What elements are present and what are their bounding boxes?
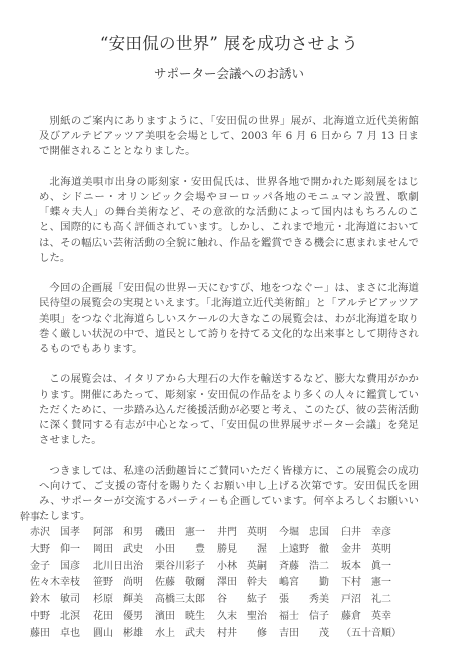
member-name: 藤田 卓也 bbox=[30, 627, 93, 642]
paragraph-artist-background: 北海道美唄市出身の彫刻家・安田侃氏は、世界各地で開かれた彫刻展をはじめ、シドニー… bbox=[39, 175, 419, 266]
member-name: 岡田 武史 bbox=[93, 543, 155, 558]
member-name: 栗谷川彩子 bbox=[155, 560, 217, 575]
member-name: 坂本 眞一 bbox=[341, 560, 403, 575]
member-name: 花田 優男 bbox=[93, 610, 155, 625]
member-name: 谷 紘子 bbox=[217, 593, 279, 608]
organizers-label: 幹事： bbox=[20, 508, 450, 523]
member-name: 佐々木幸枝 bbox=[30, 576, 93, 591]
member-name: 大野 仰一 bbox=[30, 543, 93, 558]
member-name: 濱田 暁生 bbox=[155, 610, 217, 625]
member-name: 藤倉 英幸 bbox=[341, 610, 403, 625]
member-name: 金井 英明 bbox=[341, 543, 403, 558]
member-name: 斉藤 浩二 bbox=[279, 560, 341, 575]
member-name: 赤沢 国孝 bbox=[30, 526, 93, 541]
member-name: 吉田 茂 bbox=[279, 627, 341, 642]
member-name: 下村 憲一 bbox=[341, 576, 403, 591]
member-name: 小林 英嗣 bbox=[217, 560, 279, 575]
organizers-section: 幹事： 赤沢 国孝 阿部 和男 磯田 憲一 井門 英明 今堀 忠国 臼井 幸彦 … bbox=[20, 508, 450, 641]
member-name: 今堀 忠国 bbox=[279, 526, 341, 541]
member-name: 澤田 幹夫 bbox=[217, 576, 279, 591]
member-name: 阿部 和男 bbox=[93, 526, 155, 541]
member-name: 高橋三太郎 bbox=[155, 593, 217, 608]
paragraph-supporter-council: この展覧会は、イタリアから大理石の大作を輸送するなど、膨大な費用がかかります。開… bbox=[39, 372, 419, 448]
member-name: 笹野 尚明 bbox=[93, 576, 155, 591]
paragraph-exhibition-announcement: 別紙のご案内にありますように、「安田侃の世界」展が、北海道立近代美術館及びアルテ… bbox=[39, 114, 419, 160]
member-name: 磯田 憲一 bbox=[155, 526, 217, 541]
member-name: 北川日出治 bbox=[93, 560, 155, 575]
document-body: 別紙のご案内にありますように、「安田侃の世界」展が、北海道立近代美術館及びアルテ… bbox=[39, 114, 419, 540]
member-name: 金子 国彦 bbox=[30, 560, 93, 575]
member-name: 嶋宮 勤 bbox=[279, 576, 341, 591]
member-name: 鈴木 敏司 bbox=[30, 593, 93, 608]
member-name: 久末 聖治 bbox=[217, 610, 279, 625]
member-name: 上遠野 徹 bbox=[279, 543, 341, 558]
member-name: 勝見 渥 bbox=[217, 543, 279, 558]
organizers-grid: 赤沢 国孝 阿部 和男 磯田 憲一 井門 英明 今堀 忠国 臼井 幸彦 大野 仰… bbox=[30, 526, 450, 641]
member-name: 佐藤 敬爾 bbox=[155, 576, 217, 591]
member-name: 杉原 輝美 bbox=[93, 593, 155, 608]
document-title: “安田侃の世界” 展を成功させよう bbox=[0, 30, 458, 54]
member-name: 小田 豊 bbox=[155, 543, 217, 558]
member-name: 臼井 幸彦 bbox=[341, 526, 403, 541]
member-name: 水上 武夫 bbox=[155, 627, 217, 642]
order-note: （五十音順） bbox=[341, 627, 403, 642]
document-subtitle: サポーター会議へのお誘い bbox=[0, 64, 458, 82]
member-name: 圓山 彬雄 bbox=[93, 627, 155, 642]
member-name: 村井 修 bbox=[217, 627, 279, 642]
member-name: 張 秀美 bbox=[279, 593, 341, 608]
member-name: 井門 英明 bbox=[217, 526, 279, 541]
paragraph-exhibition-significance: 今回の企画展「安田侃の世界ー天にむすび、地をつなぐー」は、まさに北海道民待望の展… bbox=[39, 281, 419, 357]
member-name: 中野 北溟 bbox=[30, 610, 93, 625]
member-name: 福士 信子 bbox=[279, 610, 341, 625]
member-name: 戸沼 礼二 bbox=[341, 593, 403, 608]
